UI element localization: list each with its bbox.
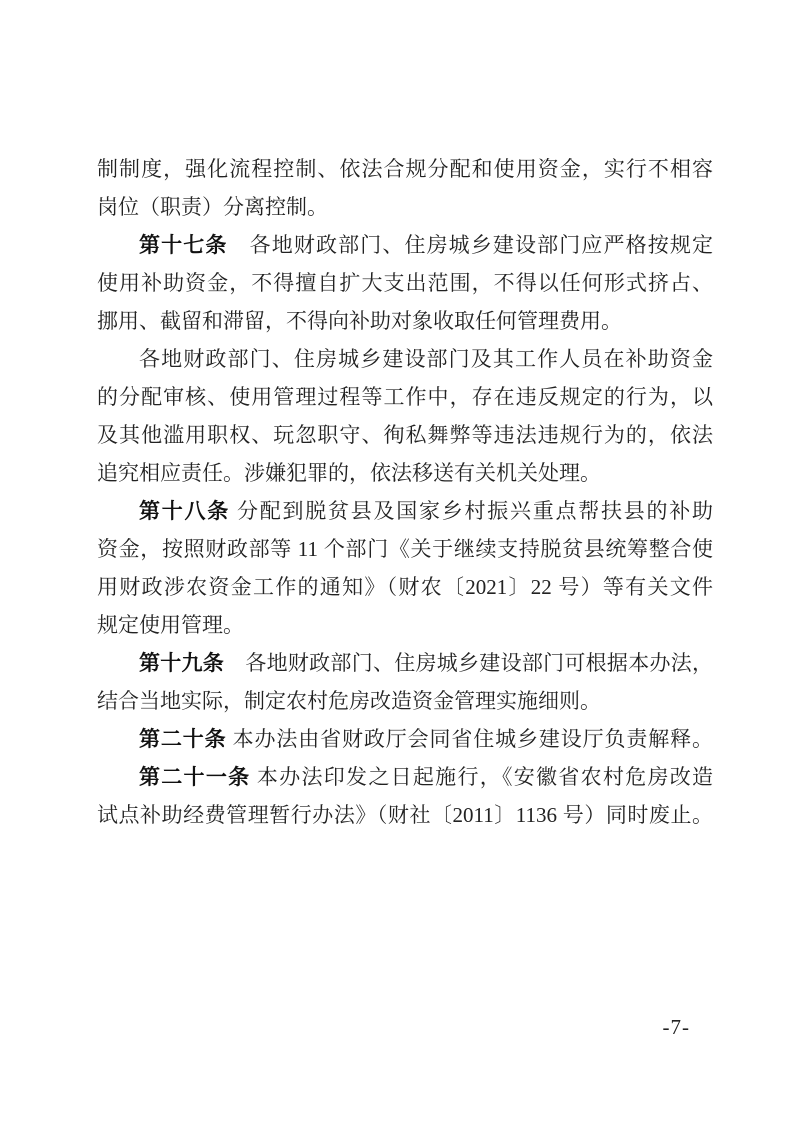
text-segment: 资金，按照财政部等 11 个部门《关于继续支持脱贫县统筹整合使 [97,537,713,561]
text-segment: 使用补助资金，不得擅自扩大支出范围，不得以任何形式挤占、 [97,271,713,295]
text-line: 及其他滥用职权、玩忽职守、徇私舞弊等违法违规行为的，依法 [97,416,713,454]
text-segment: 挪用、截留和滞留，不得向补助对象收取任何管理费用。 [97,309,622,333]
text-line: 用财政涉农资金工作的通知》（财农〔2021〕22 号）等有关文件 [97,568,713,606]
text-segment: 试点补助经费管理暂行办法》（财社〔2011〕1136 号）同时废止。 [97,803,713,827]
text-line: 各地财政部门、住房城乡建设部门及其工作人员在补助资金 [97,340,713,378]
text-segment: 本办法印发之日起施行，《安徽省农村危房改造 [250,765,713,789]
text-segment: 追究相应责任。涉嫌犯罪的，依法移送有关机关处理。 [97,461,601,485]
text-line: 使用补助资金，不得擅自扩大支出范围，不得以任何形式挤占、 [97,264,713,302]
text-segment: 结合当地实际，制定农村危房改造资金管理实施细则。 [97,689,601,713]
text-segment: 本办法由省财政厅会同省住城乡建设厅负责解释。 [227,727,714,751]
article-number: 第二十条 [139,727,227,751]
text-line: 结合当地实际，制定农村危房改造资金管理实施细则。 [97,682,713,720]
text-line: 第十九条 各地财政部门、住房城乡建设部门可根据本办法， [97,644,713,682]
page-number: -7- [663,1014,691,1040]
article-number: 第二十一条 [139,765,250,789]
text-segment: 的分配审核、使用管理过程等工作中，存在违反规定的行为，以 [97,385,713,409]
text-segment: 分配到脱贫县及国家乡村振兴重点帮扶县的补助 [230,499,713,523]
text-line: 追究相应责任。涉嫌犯罪的，依法移送有关机关处理。 [97,454,713,492]
text-line: 试点补助经费管理暂行办法》（财社〔2011〕1136 号）同时废止。 [97,796,713,834]
article-number: 第十七条 [139,233,227,257]
text-line: 第十八条 分配到脱贫县及国家乡村振兴重点帮扶县的补助 [97,492,713,530]
text-line: 规定使用管理。 [97,606,713,644]
text-line: 第二十一条 本办法印发之日起施行，《安徽省农村危房改造 [97,758,713,796]
text-segment: 规定使用管理。 [97,613,244,637]
article-number: 第十八条 [139,499,230,523]
text-line: 资金，按照财政部等 11 个部门《关于继续支持脱贫县统筹整合使 [97,530,713,568]
document-page: 制制度，强化流程控制、依法合规分配和使用资金，实行不相容岗位（职责）分离控制。第… [0,0,793,1122]
text-line: 的分配审核、使用管理过程等工作中，存在违反规定的行为，以 [97,378,713,416]
article-number: 第十九条 [139,651,224,675]
text-segment: 各地财政部门、住房城乡建设部门应严格按规定 [227,233,713,257]
text-segment: 及其他滥用职权、玩忽职守、徇私舞弊等违法违规行为的，依法 [97,423,713,447]
document-content: 制制度，强化流程控制、依法合规分配和使用资金，实行不相容岗位（职责）分离控制。第… [97,150,713,834]
text-segment: 各地财政部门、住房城乡建设部门及其工作人员在补助资金 [139,347,713,371]
text-segment: 制制度，强化流程控制、依法合规分配和使用资金，实行不相容 [97,157,713,181]
text-segment: 各地财政部门、住房城乡建设部门可根据本办法， [224,651,713,675]
text-line: 制制度，强化流程控制、依法合规分配和使用资金，实行不相容 [97,150,713,188]
text-line: 岗位（职责）分离控制。 [97,188,713,226]
text-segment: 岗位（职责）分离控制。 [97,195,328,219]
text-line: 第十七条 各地财政部门、住房城乡建设部门应严格按规定 [97,226,713,264]
text-line: 第二十条 本办法由省财政厅会同省住城乡建设厅负责解释。 [97,720,713,758]
text-segment: 用财政涉农资金工作的通知》（财农〔2021〕22 号）等有关文件 [97,575,713,599]
text-line: 挪用、截留和滞留，不得向补助对象收取任何管理费用。 [97,302,713,340]
